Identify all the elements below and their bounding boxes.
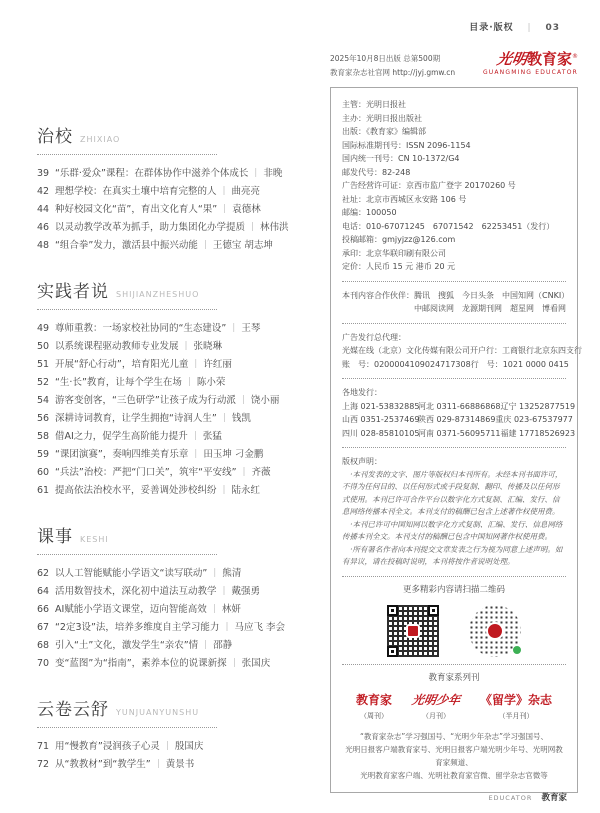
toc-item-author: 齐薇	[252, 467, 271, 478]
masthead-line: 邮发代号：82-248	[342, 166, 566, 180]
toc-item: 42理想学校：在真实土壤中培育完整的人｜曲亮亮	[37, 183, 322, 201]
toc-item-page: 68	[37, 637, 52, 654]
toc-item-page: 42	[37, 183, 52, 200]
distribution-cell: 重庆 023-67537977	[495, 413, 572, 427]
toc-item-page: 71	[37, 738, 52, 755]
masthead-line: 社址：北京市西城区永安路 106 号	[342, 193, 566, 207]
toc-item-title: 游客变创客，“三色研学”让孩子成为行动派	[55, 395, 236, 406]
toc-item-author: 许红丽	[203, 359, 232, 370]
masthead-line: 出版：《教育家》编辑部	[342, 125, 566, 139]
toc-item-title: 以灵动教学改革为抓手，助力集团化办学提质	[55, 222, 245, 233]
distribution-cell: 河北 0311-66886868	[418, 400, 501, 414]
toc-item-page: 62	[37, 565, 52, 582]
section-rule	[37, 154, 217, 155]
toc-section-title: 云卷云舒YUNJUANYUNSHU	[37, 695, 322, 720]
toc-item-separator: ｜	[201, 241, 210, 251]
logo-chinese-text: 光明教育家®	[483, 52, 578, 67]
masthead-line: 国内统一刊号：CN 10-1372/G4	[342, 152, 566, 166]
logo-english-text: GUANGMING EDUCATOR	[483, 70, 578, 76]
toc-item-separator: ｜	[210, 605, 219, 615]
magazine-frequency: （周刊）	[356, 710, 392, 724]
copyright-paragraph: ·本刊已许可中国知网以数字化方式复制、汇编、发行、信息网络传播本刊全文。本刊支付…	[342, 519, 566, 544]
series-title: 教育家系列刊	[342, 672, 566, 686]
header-page-number: 03	[545, 23, 560, 33]
distribution-cell: 山西 0351-2537469	[342, 413, 418, 427]
toc-item-title: 深耕诗词教育，让学生拥抱“诗润人生”	[55, 413, 217, 424]
page-header: 目录·版权 | 03	[469, 20, 560, 33]
agency-cell: 光媒在线（北京）文化传媒有限公司	[342, 344, 470, 358]
masthead-line: 邮编：100050	[342, 206, 566, 220]
section-rule	[37, 727, 217, 728]
partners-block: 本刊内容合作伙伴： 腾讯 搜狐 今日头条 中国知网（CNKI） 中邮阅读网 龙源…	[342, 289, 566, 316]
toc-item-title: 尊师重教：一场家校社协同的“生态建设”	[55, 323, 226, 334]
distribution-row: 上海 021-53832885 河北 0311-66886868 辽宁 1325…	[342, 400, 566, 414]
distribution-cell: 福建 17718526923	[501, 427, 576, 441]
masthead-line: 电话：010-67071245 67071542 62253451（发行）	[342, 220, 566, 234]
toc-item: 48“组合拳”发力，激活县中振兴动能｜王德宝 胡志坤	[37, 237, 322, 255]
toc-item-page: 64	[37, 583, 52, 600]
footer-chinese-text: 教育家	[541, 793, 567, 803]
toc-item-author: 张猛	[203, 431, 222, 442]
divider	[342, 281, 566, 282]
partners-label: 本刊内容合作伙伴：	[342, 289, 414, 316]
copyright-label: 版权声明：	[342, 455, 566, 469]
toc-item: 70变“蓝图”为“指南”，素养本位的说课新探｜张国庆	[37, 655, 322, 673]
magazine-frequency: （月刊）	[412, 710, 460, 724]
colophon-column: 2025年10月8日出版 总第500期 教育家杂志社官网 http://jyj.…	[330, 52, 578, 793]
toc-item-list: 39“乐群·爱众”课程：在群体协作中滋养个体成长｜非晚 42理想学校：在真实土壤…	[37, 165, 322, 255]
header-section-label: 目录·版权	[469, 23, 513, 33]
toc-item-author: 非晚	[263, 168, 282, 179]
toc-item-author: 黄景书	[166, 759, 195, 770]
toc-item: 59“课团演赛”，奏响四维美育乐章｜田玉坤 刁金鹏	[37, 446, 322, 464]
section-pinyin-text: SHIJIANZHESHUO	[116, 290, 199, 299]
toc-item-separator: ｜	[185, 378, 194, 388]
masthead-line: 投稿邮箱：gmjyjzz@126.com	[342, 233, 566, 247]
divider	[342, 664, 566, 665]
toc-item-separator: ｜	[182, 342, 191, 352]
qr-code-square-icon	[387, 605, 439, 657]
toc-section-title: 课事KESHI	[37, 522, 322, 547]
colophon-box: 主管：光明日报社 主办：光明日报出版社 出版：《教育家》编辑部 国际标准期刊号：…	[330, 87, 578, 793]
section-rule	[37, 309, 217, 310]
toc-item-page: 54	[37, 392, 52, 409]
toc-item: 60“兵法”治校：严把“门口关”，筑牢“平安线”｜齐薇	[37, 464, 322, 482]
toc-item-separator: ｜	[239, 396, 248, 406]
section-title-text: 治校	[37, 127, 73, 147]
toc-section-yunjuanyunshu: 云卷云舒YUNJUANYUNSHU 71用“慢教育”浸润孩子心灵｜殷国庆 72从…	[37, 695, 322, 774]
channels-block: “教育家杂志”学习强国号、“光明少年杂志”学习强国号、 光明日报客户端教育家号、…	[342, 730, 566, 782]
distribution-cell: 陕西 029-87314869	[418, 413, 495, 427]
ad-agency-block: 广告发行总代理： 光媒在线（北京）文化传媒有限公司 开户行：工商银行北京东四支行…	[342, 331, 566, 372]
toc-item-title: 理想学校：在真实土壤中培育完整的人	[55, 186, 217, 197]
masthead-block: 主管：光明日报社 主办：光明日报出版社 出版：《教育家》编辑部 国际标准期刊号：…	[342, 98, 566, 274]
qr-center-logo-icon	[406, 624, 420, 638]
magazine-logo-text: 《留学》杂志	[480, 694, 552, 708]
toc-item-title: 以系统课程驱动教师专业发展	[55, 341, 179, 352]
series-magazine-jiaoyujia: 教育家 （周刊）	[356, 694, 392, 724]
agency-cell: 账 号：0200004109024717308	[342, 358, 471, 372]
toc-item-author: 钱凯	[232, 413, 251, 424]
toc-section-shijianzheshuo: 实践者说SHIJIANZHESHUO 49尊师重教：一场家校社协同的“生态建设”…	[37, 277, 322, 500]
toc-item: 58借AI之力，促学生高阶能力提升｜张猛	[37, 428, 322, 446]
toc-item-title: “组合拳”发力，激活县中振兴动能	[55, 240, 198, 251]
divider	[342, 378, 566, 379]
toc-item-separator: ｜	[222, 623, 231, 633]
toc-item-separator: ｜	[163, 742, 172, 752]
toc-column: 治校ZHIXIAO 39“乐群·爱众”课程：在群体协作中滋养个体成长｜非晚 42…	[37, 122, 322, 796]
toc-item-page: 48	[37, 237, 52, 254]
toc-item-author: 王德宝 胡志坤	[213, 240, 273, 251]
issue-date-line: 2025年10月8日出版 总第500期	[330, 52, 455, 66]
channel-line: 光明教育家客户端、光明社教育家官微、留学杂志官微等	[342, 769, 566, 782]
toc-item-title: “兵法”治校：严把“门口关”，筑牢“平安线”	[55, 467, 237, 478]
ad-agency-rows: 光媒在线（北京）文化传媒有限公司 开户行：工商银行北京东四支行 账 号：0200…	[342, 344, 566, 371]
toc-item: 64活用数智技术，深化初中道法互动教学｜戴强勇	[37, 583, 322, 601]
toc-item-separator: ｜	[220, 587, 229, 597]
toc-item-page: 59	[37, 446, 52, 463]
publication-info-row: 2025年10月8日出版 总第500期 教育家杂志社官网 http://jyj.…	[330, 52, 578, 80]
toc-item-separator: ｜	[220, 205, 229, 215]
toc-item: 39“乐群·爱众”课程：在群体协作中滋养个体成长｜非晚	[37, 165, 322, 183]
toc-item-title: 从“教教材”到“教学生”	[55, 759, 151, 770]
distribution-label: 各地发行：	[342, 386, 566, 400]
wechat-icon	[512, 645, 522, 655]
divider	[342, 576, 566, 577]
toc-item-author: 张晓琳	[194, 341, 223, 352]
toc-item-author: 陈小荣	[197, 377, 226, 388]
toc-item: 46以灵动教学改革为抓手，助力集团化办学提质｜林伟洪	[37, 219, 322, 237]
masthead-line: 承印：北京华联印刷有限公司	[342, 247, 566, 261]
distribution-block: 各地发行： 上海 021-53832885 河北 0311-66886868 辽…	[342, 386, 566, 440]
toc-item-title: 用“慢教育”浸润孩子心灵	[55, 741, 160, 752]
toc-item: 66AI赋能小学语文课堂，迈向智能高效｜林妍	[37, 601, 322, 619]
toc-item-author: 曲亮亮	[232, 186, 261, 197]
toc-item-author: 熊清	[222, 568, 241, 579]
toc-item: 50以系统课程驱动教师专业发展｜张晓琳	[37, 338, 322, 356]
toc-item-list: 71用“慢教育”浸润孩子心灵｜殷国庆 72从“教教材”到“教学生”｜黄景书	[37, 738, 322, 774]
logo-bold-part: 教育家	[527, 50, 572, 68]
toc-item-separator: ｜	[210, 569, 219, 579]
distribution-cell: 河南 0371-56095711	[418, 427, 501, 441]
toc-item-page: 52	[37, 374, 52, 391]
toc-item-page: 58	[37, 428, 52, 445]
toc-item: 52“生·长”教育，让每个学生在场｜陈小荣	[37, 374, 322, 392]
toc-item-page: 66	[37, 601, 52, 618]
toc-item-title: 以人工智能赋能小学语文“读写联动”	[55, 568, 207, 579]
toc-item: 49尊师重教：一场家校社协同的“生态建设”｜王琴	[37, 320, 322, 338]
toc-item-separator: ｜	[220, 486, 229, 496]
toc-item-list: 49尊师重教：一场家校社协同的“生态建设”｜王琴 50以系统课程驱动教师专业发展…	[37, 320, 322, 500]
toc-item-author: 王琴	[241, 323, 260, 334]
toc-item: 62以人工智能赋能小学语文“读写联动”｜熊清	[37, 565, 322, 583]
distribution-cell: 上海 021-53832885	[342, 400, 418, 414]
toc-item-title: 提高依法治校水平，妥善调处涉校纠纷	[55, 485, 217, 496]
toc-item: 67“2定3设”法，培养多维度自主学习能力｜马应飞 李会	[37, 619, 322, 637]
toc-item: 68引入“土”文化，激发学生“亲农”情｜邵静	[37, 637, 322, 655]
header-divider: |	[528, 23, 532, 33]
toc-item-separator: ｜	[191, 450, 200, 460]
partners-lines: 腾讯 搜狐 今日头条 中国知网（CNKI） 中邮阅读网 龙源期刊网 超星网 博看…	[414, 289, 566, 316]
divider	[342, 323, 566, 324]
page-footer: EDUCATOR 教育家	[488, 785, 567, 804]
qr-finder-icon	[428, 605, 439, 616]
toc-section-keshi: 课事KESHI 62以人工智能赋能小学语文“读写联动”｜熊清 64活用数智技术，…	[37, 522, 322, 673]
toc-item-page: 70	[37, 655, 52, 672]
qr-code-row	[342, 605, 566, 657]
distribution-cell: 辽宁 13252877519	[501, 400, 576, 414]
toc-item-separator: ｜	[220, 187, 229, 197]
masthead-line: 主管：光明日报社	[342, 98, 566, 112]
toc-item-title: “2定3设”法，培养多维度自主学习能力	[55, 622, 219, 633]
toc-item-title: AI赋能小学语文课堂，迈向智能高效	[55, 604, 207, 615]
toc-item-title: “乐群·爱众”课程：在群体协作中滋养个体成长	[55, 168, 248, 179]
channel-line: “教育家杂志”学习强国号、“光明少年杂志”学习强国号、	[342, 730, 566, 743]
toc-item-author: 林伟洪	[260, 222, 289, 233]
masthead-line: 定价：人民币 15 元 港币 20 元	[342, 260, 566, 274]
publication-lines: 2025年10月8日出版 总第500期 教育家杂志社官网 http://jyj.…	[330, 52, 455, 80]
toc-item-page: 61	[37, 482, 52, 499]
toc-item-title: 开展“舒心行动”，培育阳光儿童	[55, 359, 188, 370]
agency-cell: 开户行：工商银行北京东四支行	[470, 344, 582, 358]
qr-block: 更多精彩内容请扫描二维码	[342, 584, 566, 658]
toc-item-list: 62以人工智能赋能小学语文“读写联动”｜熊清 64活用数智技术，深化初中道法互动…	[37, 565, 322, 673]
toc-item: 71用“慢教育”浸润孩子心灵｜殷国庆	[37, 738, 322, 756]
toc-item-page: 46	[37, 219, 52, 236]
toc-item-page: 50	[37, 338, 52, 355]
toc-item-separator: ｜	[240, 468, 249, 478]
section-pinyin-text: YUNJUANYUNSHU	[116, 708, 199, 717]
section-rule	[37, 554, 217, 555]
toc-section-title: 实践者说SHIJIANZHESHUO	[37, 277, 322, 302]
qr-finder-icon	[387, 605, 398, 616]
registered-mark-icon: ®	[572, 53, 578, 60]
toc-item-page: 49	[37, 320, 52, 337]
toc-item-page: 39	[37, 165, 52, 182]
distribution-cell: 四川 028-85810105	[342, 427, 418, 441]
masthead-line: 主办：光明日报出版社	[342, 112, 566, 126]
toc-section-title: 治校ZHIXIAO	[37, 122, 322, 147]
distribution-row: 四川 028-85810105 河南 0371-56095711 福建 1771…	[342, 427, 566, 441]
toc-item-separator: ｜	[154, 760, 163, 770]
series-magazine-guangmingshaonian: 光明少年 （月刊）	[412, 694, 460, 724]
partners-line-1: 腾讯 搜狐 今日头条 中国知网（CNKI）	[414, 289, 566, 303]
toc-item-author: 邵静	[213, 640, 232, 651]
series-block: 教育家系列刊 教育家 （周刊） 光明少年 （月刊） 《留学》杂志 （半月刊）	[342, 672, 566, 782]
qr-center-logo-icon	[486, 622, 504, 640]
toc-item-separator: ｜	[220, 414, 229, 424]
ad-agency-row: 光媒在线（北京）文化传媒有限公司 开户行：工商银行北京东四支行	[342, 344, 566, 358]
qr-finder-icon	[387, 646, 398, 657]
toc-item: 51开展“舒心行动”，培育阳光儿童｜许红丽	[37, 356, 322, 374]
toc-item-author: 田玉坤 刁金鹏	[203, 449, 263, 460]
toc-item: 72从“教教材”到“教学生”｜黄景书	[37, 756, 322, 774]
toc-item-title: 引入“土”文化，激发学生“亲农”情	[55, 640, 198, 651]
toc-item: 61提高依法治校水平，妥善调处涉校纠纷｜陆永红	[37, 482, 322, 500]
toc-item-page: 56	[37, 410, 52, 427]
qr-code-round-icon	[469, 605, 521, 657]
masthead-line: 国际标准期刊号：ISSN 2096-1154	[342, 139, 566, 153]
section-pinyin-text: ZHIXIAO	[80, 135, 120, 144]
toc-item-separator: ｜	[191, 432, 200, 442]
distribution-rows: 上海 021-53832885 河北 0311-66886868 辽宁 1325…	[342, 400, 566, 441]
toc-item-separator: ｜	[248, 223, 257, 233]
toc-item-title: “生·长”教育，让每个学生在场	[55, 377, 182, 388]
section-title-text: 课事	[37, 527, 73, 547]
series-logo-row: 教育家 （周刊） 光明少年 （月刊） 《留学》杂志 （半月刊）	[346, 694, 562, 724]
toc-item-separator: ｜	[230, 659, 239, 669]
toc-item-author: 戴强勇	[232, 586, 261, 597]
toc-item-separator: ｜	[229, 324, 238, 334]
section-pinyin-text: KESHI	[80, 535, 109, 544]
channel-line: 光明日报客户端教育家号、光明日报客户端光明少年号、光明网教育家频道、	[342, 743, 566, 769]
toc-item-separator: ｜	[201, 641, 210, 651]
agency-cell: 行 号：1021 0000 0415	[471, 358, 569, 372]
toc-item-author: 饶小丽	[251, 395, 280, 406]
toc-item: 44种好校园文化“苗”，育出文化育人“果”｜袁德林	[37, 201, 322, 219]
toc-section-zhixiao: 治校ZHIXIAO 39“乐群·爱众”课程：在群体协作中滋养个体成长｜非晚 42…	[37, 122, 322, 255]
toc-item-author: 袁德林	[232, 204, 261, 215]
section-title-text: 云卷云舒	[37, 700, 109, 720]
magazine-logo-text: 光明少年	[411, 694, 461, 708]
copyright-block: 版权声明： ·本刊发表的文字、图片等版权归本刊所有。未经本刊书面许可，不得为任何…	[342, 455, 566, 569]
magazine-logo-text: 教育家	[356, 694, 392, 708]
partners-line-2: 中邮阅读网 龙源期刊网 超星网 博看网	[414, 302, 566, 316]
toc-item-page: 60	[37, 464, 52, 481]
ad-agency-label: 广告发行总代理：	[342, 331, 566, 345]
logo-script-part: 光明	[496, 52, 529, 67]
toc-item-title: “课团演赛”，奏响四维美育乐章	[55, 449, 188, 460]
toc-item-separator: ｜	[251, 169, 260, 179]
toc-item-author: 陆永红	[232, 485, 261, 496]
toc-item-separator: ｜	[191, 360, 200, 370]
website-line: 教育家杂志社官网 http://jyj.gmw.cn	[330, 66, 455, 80]
magazine-frequency: （半月刊）	[480, 710, 552, 724]
copyright-paragraphs: ·本刊发表的文字、图片等版权归本刊所有。未经本刊书面许可，不得为任何目的、以任何…	[342, 469, 566, 569]
ad-agency-row: 账 号：0200004109024717308 行 号：1021 0000 04…	[342, 358, 566, 372]
divider	[342, 447, 566, 448]
magazine-logo: 光明教育家® GUANGMING EDUCATOR	[483, 52, 578, 76]
toc-item-page: 51	[37, 356, 52, 373]
toc-item-page: 44	[37, 201, 52, 218]
toc-item-title: 种好校园文化“苗”，育出文化育人“果”	[55, 204, 217, 215]
toc-item-author: 殷国庆	[175, 741, 204, 752]
toc-item-author: 林妍	[222, 604, 241, 615]
footer-english-text: EDUCATOR	[488, 794, 532, 802]
series-magazine-liuxue: 《留学》杂志 （半月刊）	[480, 694, 552, 724]
toc-item-page: 72	[37, 756, 52, 773]
toc-item-title: 借AI之力，促学生高阶能力提升	[55, 431, 188, 442]
toc-item-page: 67	[37, 619, 52, 636]
toc-item: 54游客变创客，“三色研学”让孩子成为行动派｜饶小丽	[37, 392, 322, 410]
copyright-paragraph: ·本刊发表的文字、图片等版权归本刊所有。未经本刊书面许可，不得为任何目的、以任何…	[342, 469, 566, 519]
copyright-paragraph: ·所有署名作者向本刊提交文章发表之行为视为同意上述声明。如有异议，请在投稿时说明…	[342, 544, 566, 569]
toc-item-title: 变“蓝图”为“指南”，素养本位的说课新探	[55, 658, 227, 669]
toc-item: 56深耕诗词教育，让学生拥抱“诗润人生”｜钱凯	[37, 410, 322, 428]
qr-section-title: 更多精彩内容请扫描二维码	[342, 584, 566, 598]
distribution-row: 山西 0351-2537469 陕西 029-87314869 重庆 023-6…	[342, 413, 566, 427]
section-title-text: 实践者说	[37, 282, 109, 302]
toc-item-author: 张国庆	[242, 658, 271, 669]
masthead-line: 广告经营许可证：京西市监广登字 20170260 号	[342, 179, 566, 193]
toc-item-title: 活用数智技术，深化初中道法互动教学	[55, 586, 217, 597]
toc-item-author: 马应飞 李会	[234, 622, 285, 633]
